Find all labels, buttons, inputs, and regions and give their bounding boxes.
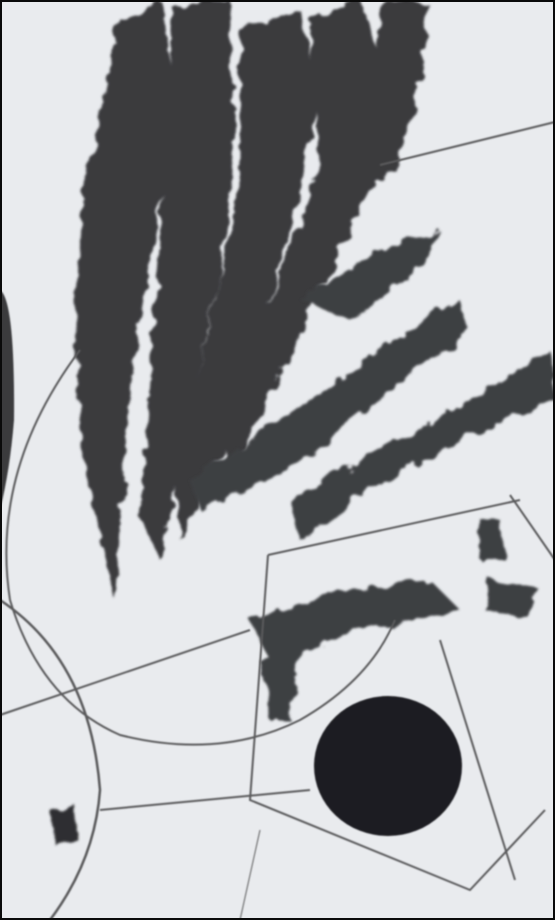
solid-black-circle: [314, 696, 462, 836]
ink-blot-small-left: [50, 805, 78, 845]
ink-painting: [0, 0, 555, 920]
artwork-frame: [0, 0, 555, 920]
